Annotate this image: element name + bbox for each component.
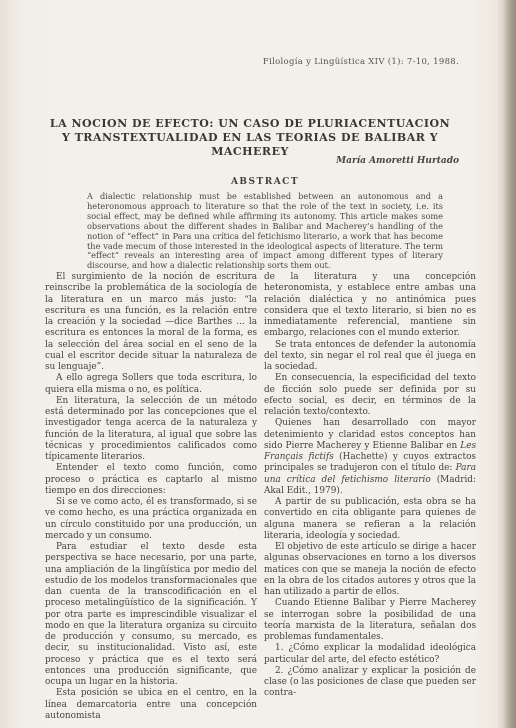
paragraph: 2. ¿Cómo analizar y explicar la posición… [264,666,476,700]
body-column-right: de la literatura y una concepción hetero… [264,272,476,722]
scanned-paper-page: Filología y Lingüística XIV (1): 7-10, 1… [0,0,516,728]
abstract-heading: ABSTRACT [87,177,443,187]
article-title: LA NOCION DE EFECTO: UN CASO DE PLURIACE… [40,117,460,159]
paragraph: En consecuencia, la especificidad del te… [264,373,476,418]
paragraph: Para estudiar el texto desde esta perspe… [45,542,257,688]
author-name: María Amoretti Hurtado [336,156,459,166]
paragraph: Esta posición se ubica en el centro, en … [45,688,257,722]
paragraph: Cuando Etienne Balibar y Pierre Macherey… [264,598,476,643]
paragraph: El surgimiento de la noción de escritura… [45,272,257,373]
paragraph: de la literatura y una concepción hetero… [264,272,476,340]
paragraph: El objetivo de este artículo se dirige a… [264,542,476,598]
article-title-line2: Y TRANSTEXTUALIDAD EN LAS TEORIAS DE BAL… [62,131,438,158]
paragraph: En literatura, la selección de un método… [45,396,257,464]
paragraph: A ello agrega Sollers que toda escritura… [45,373,257,396]
paragraph: Entender el texto como función, como pro… [45,463,257,497]
body-columns: El surgimiento de la noción de escritura… [45,272,476,722]
paragraph: 1. ¿Cómo explicar la modalidad ideológic… [264,643,476,666]
paragraph: A partir de su publicación, esta obra se… [264,497,476,542]
body-column-left: El surgimiento de la noción de escritura… [45,272,257,722]
article-title-line1: LA NOCION DE EFECTO: UN CASO DE PLURIACE… [50,117,450,130]
paragraph: Quienes han desarrollado con mayor deten… [264,418,476,497]
abstract-text: A dialectic relationship must be establi… [87,192,443,271]
page-right-edge-shadow [503,0,516,728]
paragraph: Se trata entonces de defender la autonom… [264,340,476,374]
paragraph: Si se ve como acto, él es transformado, … [45,497,257,542]
journal-citation-header: Filología y Lingüística XIV (1): 7-10, 1… [263,57,459,67]
